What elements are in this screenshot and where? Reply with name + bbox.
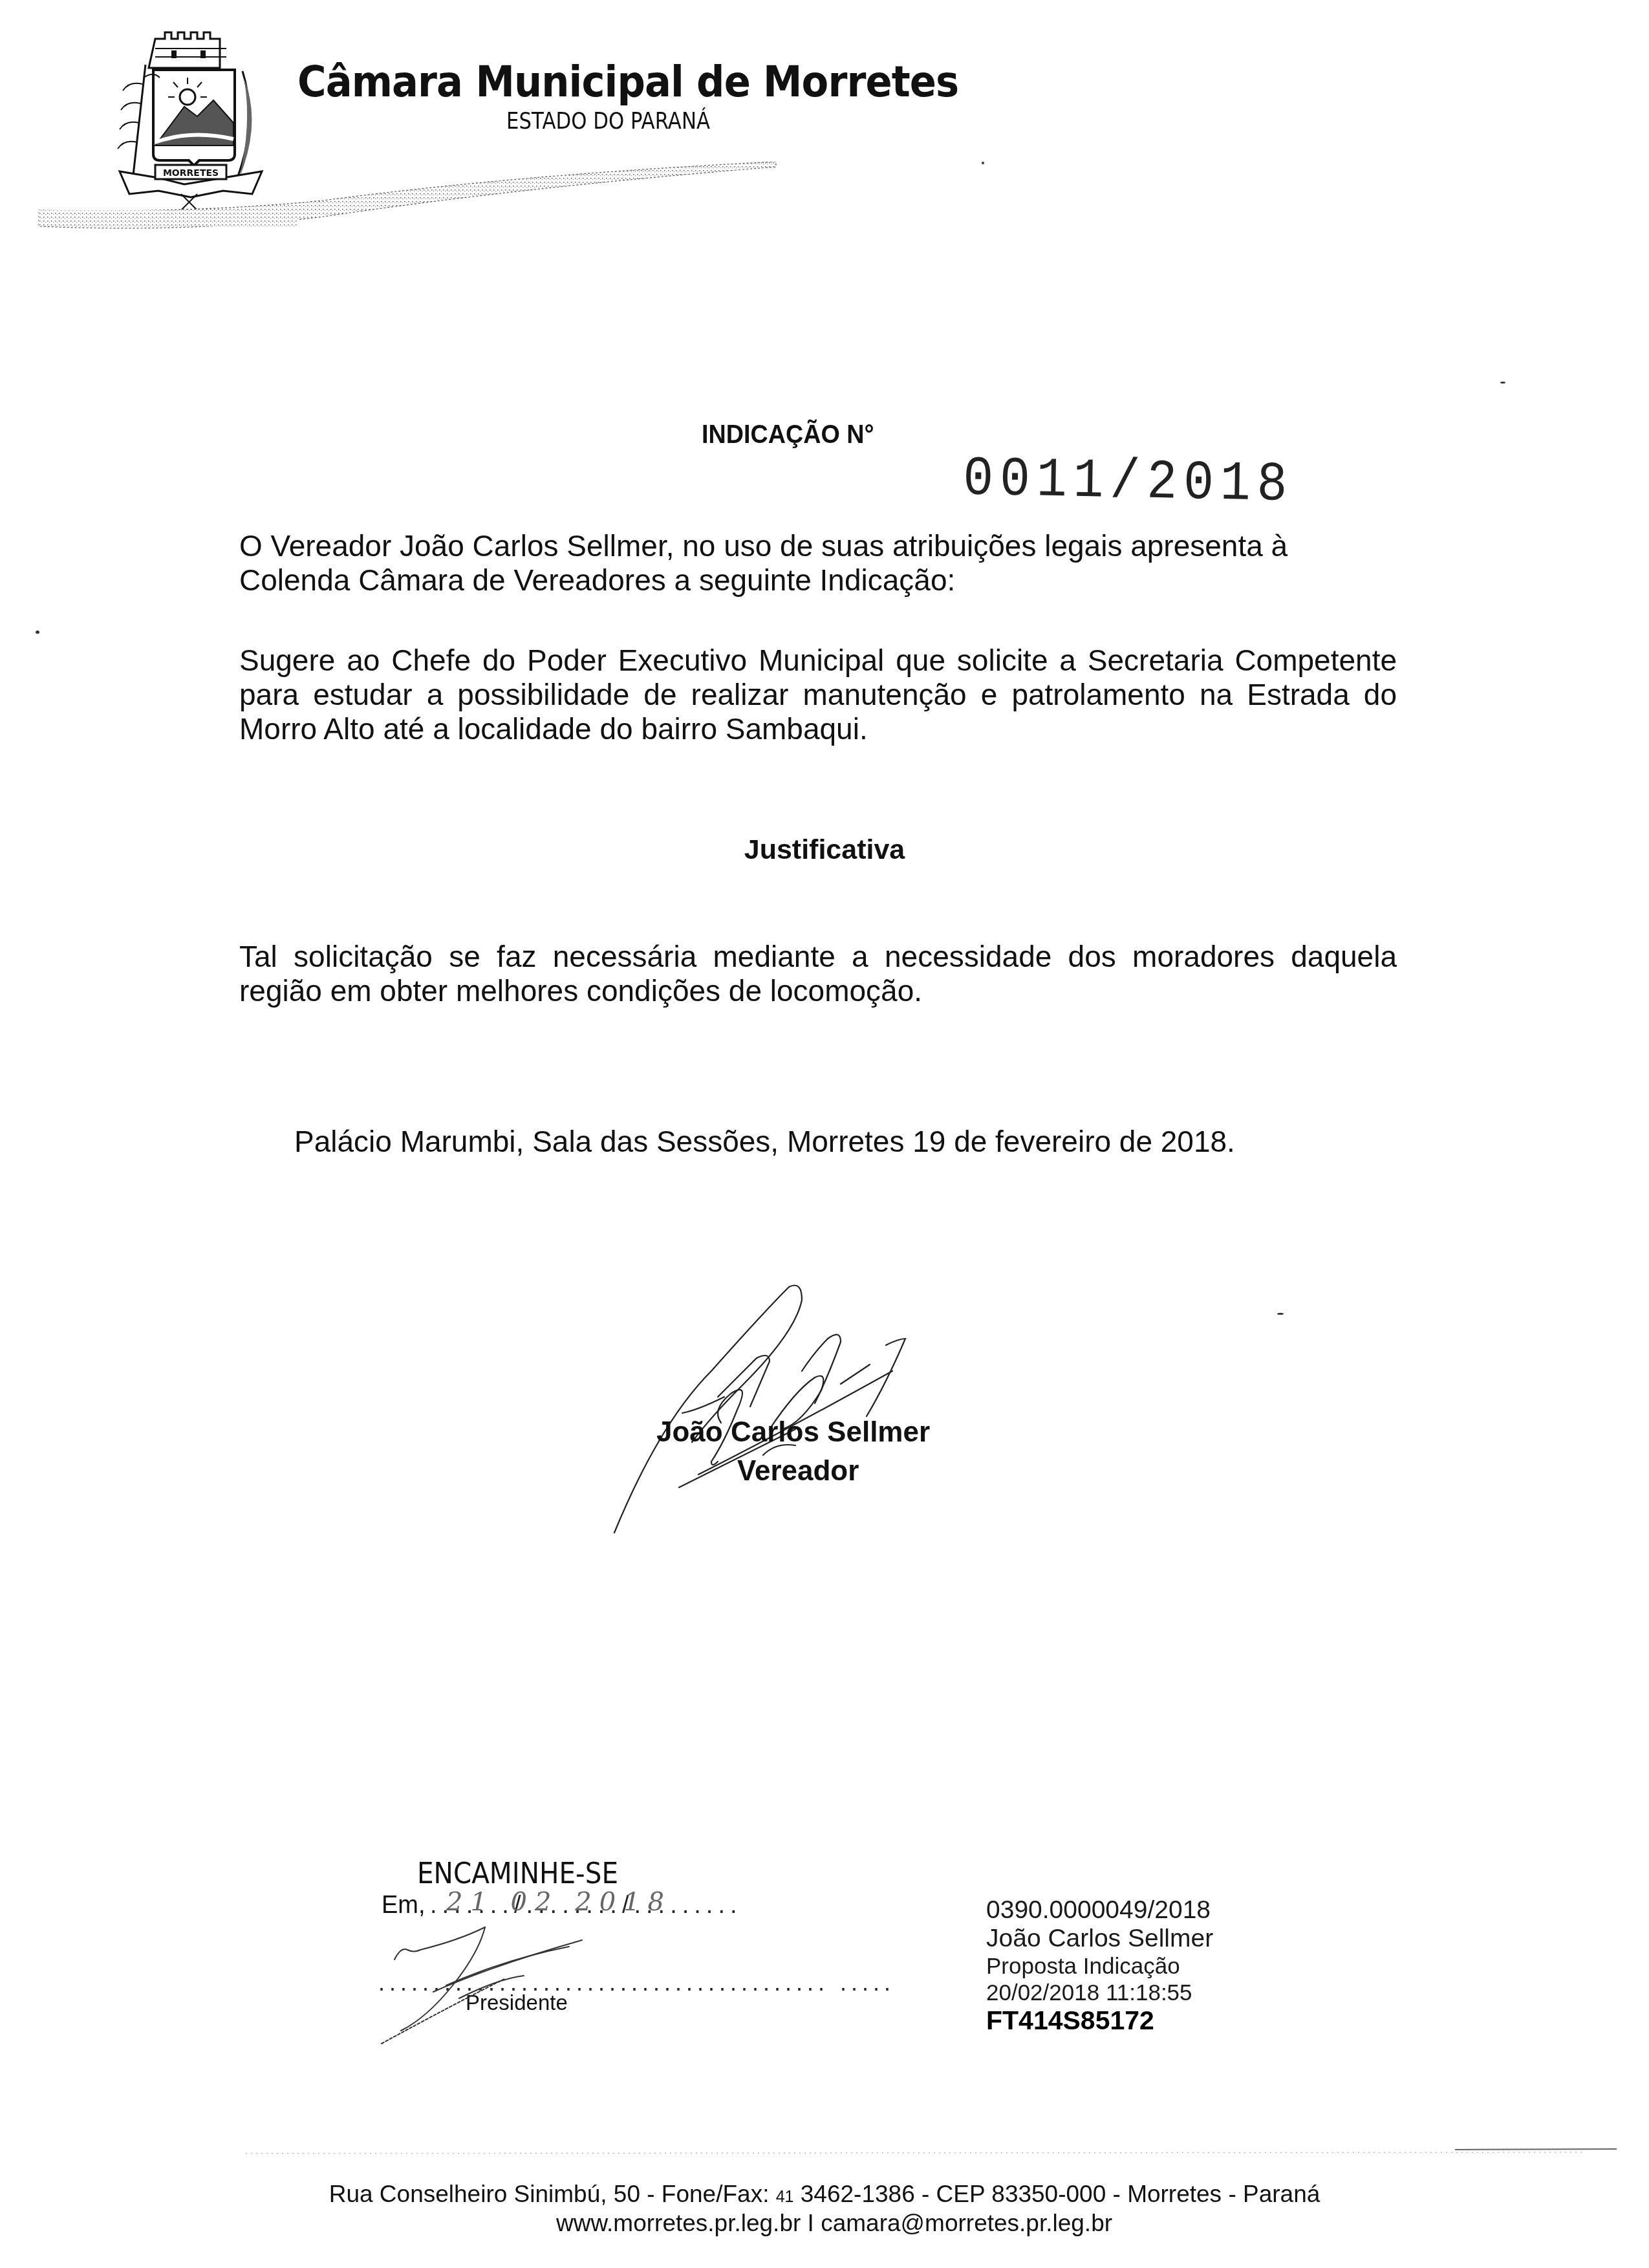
scan-speck [1277,1313,1284,1315]
area-code: 41 [776,2188,794,2206]
protocol-timestamp: 20/02/2018 11:18:55 [986,1980,1213,2006]
president-signature-icon [375,1914,653,2050]
signer-name: João Carlos Sellmer [656,1416,930,1449]
footer-contacts: www.morretes.pr.leg.br I camara@morretes… [0,2210,1649,2237]
signer-role: Vereador [737,1455,859,1487]
justification-paragraph: Tal solicitação se faz necessária median… [239,940,1397,1008]
forward-label: ENCAMINHE-SE [417,1856,618,1890]
scan-speck [36,631,39,634]
organization-name: Câmara Municipal de Morretes [297,57,958,107]
justification-heading: Justificativa [0,834,1649,866]
scan-speck [1500,382,1505,383]
document-number-stamp: 0011/2018 [962,448,1294,517]
scan-speck [982,162,984,164]
document-title: INDICAÇÃO N° [702,419,874,449]
forward-date-handwritten: 21 02 2018 [446,1887,672,1917]
address-text-rest: 3462-1386 - CEP 83350-000 - Morretes - P… [794,2181,1320,2207]
protocol-code: FT414S85172 [986,2006,1213,2035]
website-link[interactable]: www.morretes.pr.leg.br [556,2210,801,2236]
organization-state: ESTADO DO PARANÁ [506,109,710,135]
place-and-date: Palácio Marumbi, Sala das Sessões, Morre… [294,1124,1235,1159]
suggestion-paragraph: Sugere ao Chefe do Poder Executivo Munic… [239,643,1397,746]
email-link[interactable]: camara@morretes.pr.leg.br [821,2210,1112,2236]
protocol-number: 0390.0000049/2018 [986,1896,1213,1925]
footer-separator: I [808,2210,814,2236]
header-decorative-swoosh [0,162,841,239]
footer-address: Rua Conselheiro Sinimbú, 50 - Fone/Fax: … [0,2181,1649,2208]
intro-paragraph: O Vereador João Carlos Sellmer, no uso d… [239,529,1397,598]
footer-divider [0,2147,1649,2160]
protocol-author: João Carlos Sellmer [986,1925,1213,1953]
handwritten-signature-icon [582,1261,1048,1546]
protocol-stamp: 0390.0000049/2018 João Carlos Sellmer Pr… [986,1896,1213,2035]
protocol-type: Proposta Indicação [986,1953,1213,1980]
address-text: Rua Conselheiro Sinimbú, 50 - Fone/Fax: [329,2181,776,2207]
